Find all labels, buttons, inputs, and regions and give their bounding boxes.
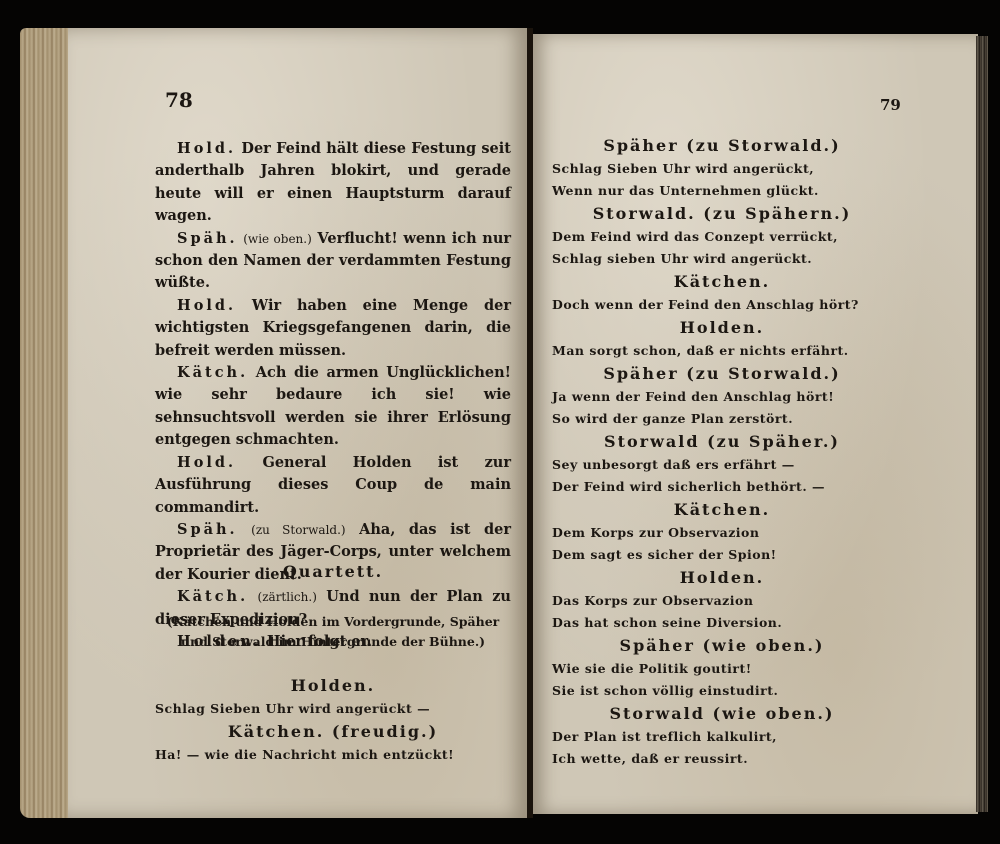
book-gutter xyxy=(527,28,533,818)
song-speaker: Kätchen. xyxy=(552,498,892,522)
song-speaker: Späher (wie oben.) xyxy=(552,634,892,658)
song-line: Dem Feind wird das Conzept verrückt, xyxy=(552,226,892,248)
song-line: Sie ist schon völlig einstudirt. xyxy=(552,680,892,702)
song-speaker: Holden. xyxy=(552,566,892,590)
dialogue-paragraph: Hold. Der Feind hält diese Festung seit … xyxy=(155,138,511,228)
dialogue-paragraph: Hold. Wir haben eine Menge der wichtigst… xyxy=(155,295,511,362)
page-number-left: 78 xyxy=(165,88,193,112)
song-speaker: Holden. xyxy=(552,316,892,340)
song-speaker: Storwald. (zu Spähern.) xyxy=(552,202,892,226)
song-speaker: Kätchen. xyxy=(552,270,892,294)
song-line: Das hat schon seine Diversion. xyxy=(552,612,892,634)
song-speaker: Späher (zu Storwald.) xyxy=(552,362,892,386)
song-speaker: Holden. xyxy=(155,674,511,698)
song-line: Dem sagt es sicher der Spion! xyxy=(552,544,892,566)
song-speaker: Kätchen. (freudig.) xyxy=(155,720,511,744)
song-line: Dem Korps zur Observazion xyxy=(552,522,892,544)
dialogue-paragraph: Späh. (wie oben.) Verflucht! wenn ich nu… xyxy=(155,228,511,295)
quartet-section: Quartett. (Kätchen und Holden im Vorderg… xyxy=(155,560,511,766)
song-line: Schlag Sieben Uhr wird angerückt — xyxy=(155,698,511,720)
song-line: Der Plan ist treflich kalkulirt, xyxy=(552,726,892,748)
song-line: Schlag Sieben Uhr wird angerückt, xyxy=(552,158,892,180)
song-line: Wenn nur das Unternehmen glückt. xyxy=(552,180,892,202)
section-title: Quartett. xyxy=(155,560,511,584)
song-line: So wird der ganze Plan zerstört. xyxy=(552,408,892,430)
song-speaker: Späher (zu Storwald.) xyxy=(552,134,892,158)
song-speaker: Storwald (wie oben.) xyxy=(552,702,892,726)
song-speaker: Storwald (zu Späher.) xyxy=(552,430,892,454)
song-line: Ha! — wie die Nachricht mich entzückt! xyxy=(155,744,511,766)
song-line: Ich wette, daß er reussirt. xyxy=(552,748,892,770)
song-line: Wie sie die Politik goutirt! xyxy=(552,658,892,680)
stage-direction: (Kätchen und Holden im Vordergrunde, Spä… xyxy=(155,612,511,652)
song-line: Man sorgt schon, daß er nichts erfährt. xyxy=(552,340,892,362)
song-line: Der Feind wird sicherlich bethört. — xyxy=(552,476,892,498)
song-line: Das Korps zur Observazion xyxy=(552,590,892,612)
song-line: Sey unbesorgt daß ers erfährt — xyxy=(552,454,892,476)
song-line: Ja wenn der Feind den Anschlag hört! xyxy=(552,386,892,408)
right-song: Späher (zu Storwald.) Schlag Sieben Uhr … xyxy=(552,134,892,770)
song-line: Schlag sieben Uhr wird angerückt. xyxy=(552,248,892,270)
page-number-right: 79 xyxy=(880,96,901,114)
song-line: Doch wenn der Feind den Anschlag hört? xyxy=(552,294,892,316)
page-edges-right xyxy=(976,36,988,812)
open-book: 78 79 Hold. Der Feind hält diese Festung… xyxy=(0,0,1000,844)
dialogue-paragraph: Kätch. Ach die armen Unglücklichen! wie … xyxy=(155,362,511,452)
dialogue-paragraph: Hold. General Holden ist zur Ausführung … xyxy=(155,452,511,519)
